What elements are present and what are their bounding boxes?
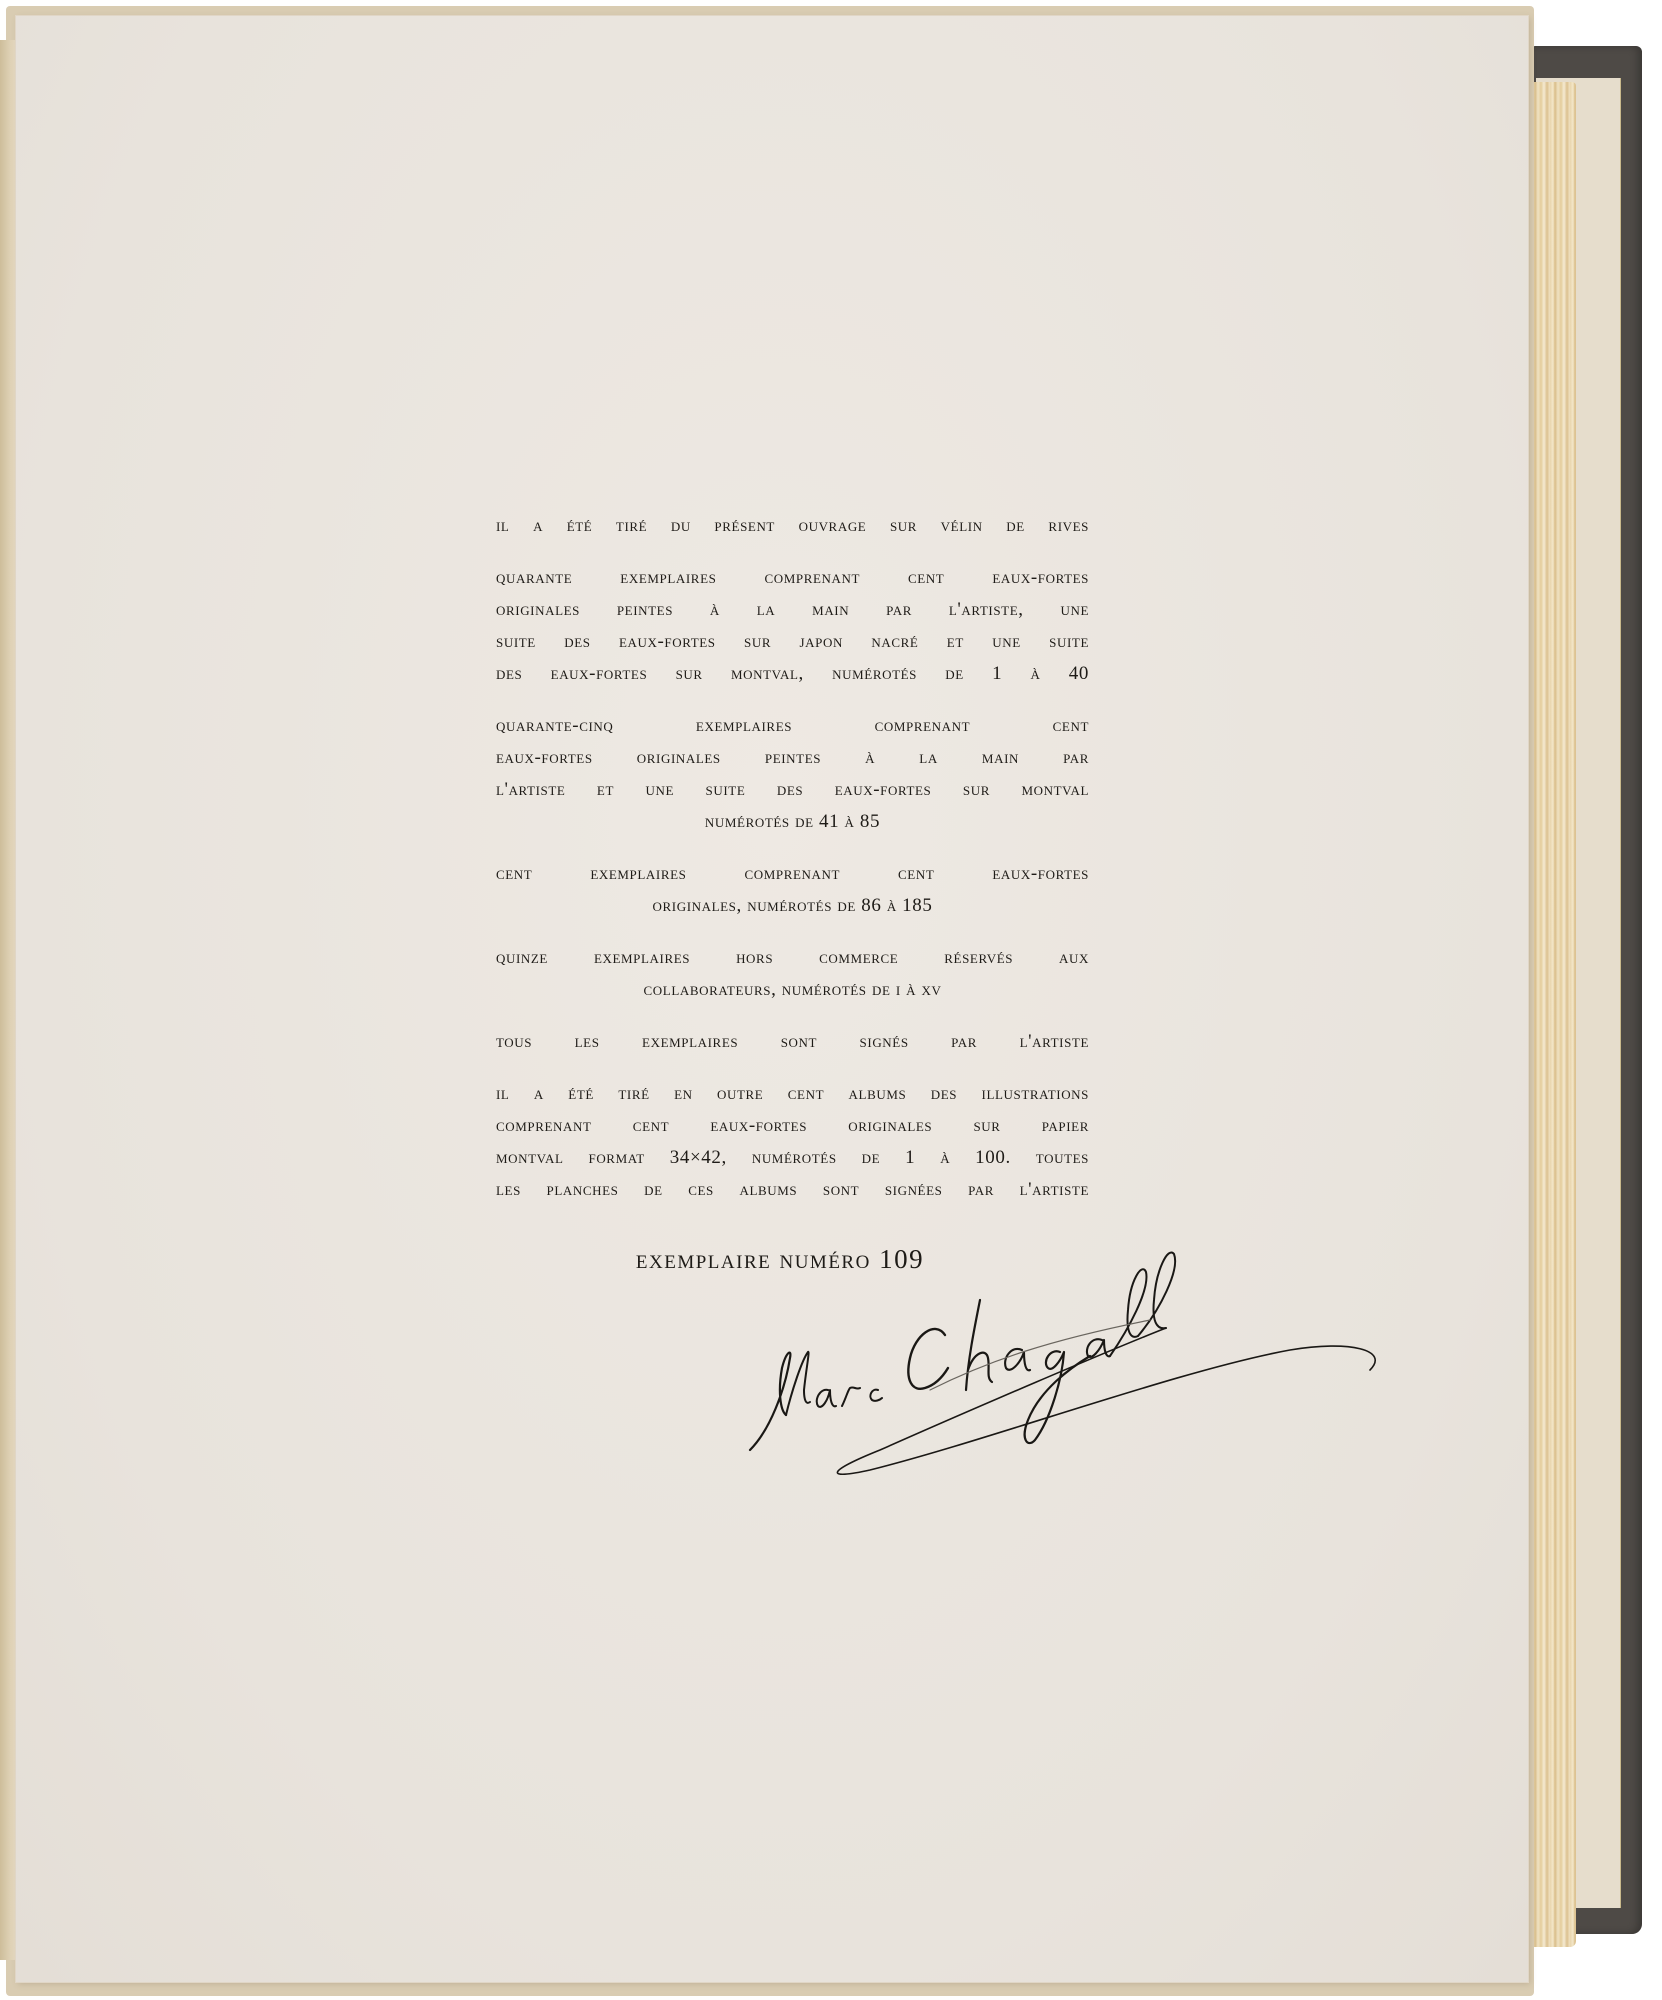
colophon-line: CENT EXEMPLAIRES COMPRENANT CENT EAUX-FO… <box>496 858 1089 890</box>
colophon-paragraph: QUINZE EXEMPLAIRES HORS COMMERCE RÉSERVÉ… <box>496 942 1089 1006</box>
colophon-line: QUINZE EXEMPLAIRES HORS COMMERCE RÉSERVÉ… <box>496 942 1089 974</box>
colophon-line: MONTVAL FORMAT 34×42, NUMÉROTÉS DE 1 À 1… <box>496 1142 1089 1174</box>
colophon-line: ORIGINALES PEINTES À LA MAIN PAR L'ARTIS… <box>496 594 1089 626</box>
colophon-paragraph: TOUS LES EXEMPLAIRES SONT SIGNÉS PAR L'A… <box>496 1026 1089 1058</box>
colophon-line: QUARANTE-CINQ EXEMPLAIRES COMPRENANT CEN… <box>496 710 1089 742</box>
artist-signature: Marc Chagall <box>730 1240 1380 1480</box>
justification-text-block: IL A ÉTÉ TIRÉ DU PRÉSENT OUVRAGE SUR VÉL… <box>496 510 1089 1226</box>
colophon-line: L'ARTISTE ET UNE SUITE DES EAUX-FORTES S… <box>496 774 1089 806</box>
colophon-line: EAUX-FORTES ORIGINALES PEINTES À LA MAIN… <box>496 742 1089 774</box>
colophon-line: IL A ÉTÉ TIRÉ DU PRÉSENT OUVRAGE SUR VÉL… <box>496 510 1089 542</box>
colophon-line: COLLABORATEURS, NUMÉROTÉS DE I À XV <box>496 974 1089 1006</box>
colophon-line: LES PLANCHES DE CES ALBUMS SONT SIGNÉES … <box>496 1174 1089 1206</box>
colophon-line: DES EAUX-FORTES SUR MONTVAL, NUMÉROTÉS D… <box>496 658 1089 690</box>
colophon-line: TOUS LES EXEMPLAIRES SONT SIGNÉS PAR L'A… <box>496 1026 1089 1058</box>
colophon-line: ORIGINALES, NUMÉROTÉS DE 86 À 185 <box>496 890 1089 922</box>
colophon-paragraph: CENT EXEMPLAIRES COMPRENANT CENT EAUX-FO… <box>496 858 1089 922</box>
colophon-paragraph: QUARANTE EXEMPLAIRES COMPRENANT CENT EAU… <box>496 562 1089 690</box>
colophon-paragraph: QUARANTE-CINQ EXEMPLAIRES COMPRENANT CEN… <box>496 710 1089 838</box>
colophon-line: QUARANTE EXEMPLAIRES COMPRENANT CENT EAU… <box>496 562 1089 594</box>
colophon-paragraph: IL A ÉTÉ TIRÉ EN OUTRE CENT ALBUMS DES I… <box>496 1078 1089 1206</box>
colophon-line: COMPRENANT CENT EAUX-FORTES ORIGINALES S… <box>496 1110 1089 1142</box>
underlying-sheet-left-edge <box>0 40 16 1960</box>
colophon-paragraph: IL A ÉTÉ TIRÉ DU PRÉSENT OUVRAGE SUR VÉL… <box>496 510 1089 542</box>
colophon-line: NUMÉROTÉS DE 41 À 85 <box>496 806 1089 838</box>
colophon-line: IL A ÉTÉ TIRÉ EN OUTRE CENT ALBUMS DES I… <box>496 1078 1089 1110</box>
deckle-edge-sheet-stack <box>1530 82 1576 1947</box>
colophon-line: SUITE DES EAUX-FORTES SUR JAPON NACRÉ ET… <box>496 626 1089 658</box>
